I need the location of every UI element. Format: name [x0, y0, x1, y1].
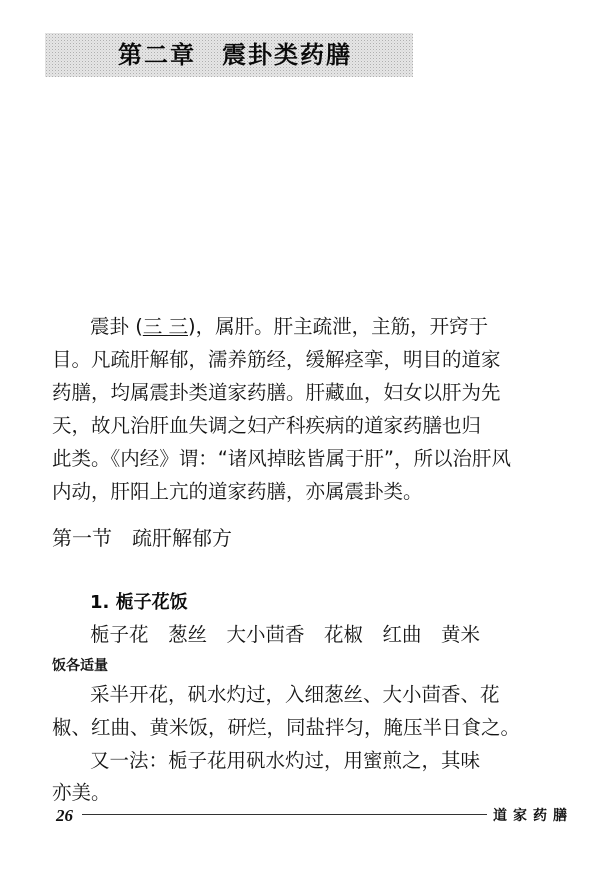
recipe-alt-method-line-1: 又一法：栀子花用矾水灼过，用蜜煎之，其味 — [90, 749, 474, 773]
intro-line-1: 震卦 (三 三)，属肝。肝主疏泄，主筋，开窍于 — [90, 315, 474, 339]
recipe-title: 1. 栀子花饭 — [90, 591, 188, 615]
recipe-method-line-2: 椒、红曲、黄米饭，研烂，同盐拌匀，腌压半日食之。 — [52, 716, 520, 740]
intro-line-1-suffix: )，属肝。肝主疏泄，主筋，开窍于 — [188, 315, 488, 338]
intro-line-1-prefix: 震卦 ( — [90, 315, 143, 338]
section-title: 第一节 疏肝解郁方 — [52, 525, 232, 551]
book-page: 第二章 震卦类药膳 震卦 (三 三)，属肝。肝主疏泄，主筋，开窍于 目。凡疏肝解… — [0, 0, 603, 878]
recipe-method-line-1: 采半开花，矾水灼过，入细葱丝、大小茴香、花 — [90, 683, 474, 707]
recipe-ingredients: 栀子花 葱丝 大小茴香 花椒 红曲 黄米 — [90, 623, 480, 647]
footer-book-title: 道家药膳 — [493, 805, 573, 827]
recipe-alt-method-line-2: 亦美。 — [52, 781, 111, 805]
intro-line-3: 药膳，均属震卦类道家药膳。肝藏血，妇女以肝为先 — [52, 381, 474, 405]
intro-line-2: 目。凡疏肝解郁，濡养筋经，缓解痉挛，明目的道家 — [52, 348, 474, 372]
zhen-trigram-symbol: 三 三 — [143, 315, 188, 339]
chapter-header-banner: 第二章 震卦类药膳 — [45, 33, 413, 77]
recipe-ingredients-quantity: 饭各适量 — [52, 656, 108, 676]
intro-line-4: 天，故凡治肝血失调之妇产科疾病的道家药膳也归 — [52, 414, 474, 438]
footer-rule-divider — [82, 814, 487, 815]
chapter-title: 第二章 震卦类药膳 — [118, 40, 352, 70]
intro-line-6: 内动，肝阳上亢的道家药膳，亦属震卦类。 — [52, 480, 423, 504]
page-number: 26 — [56, 805, 73, 827]
intro-line-5: 此类。《内经》谓：“诸风掉眩皆属于肝”，所以治肝风 — [52, 447, 474, 471]
